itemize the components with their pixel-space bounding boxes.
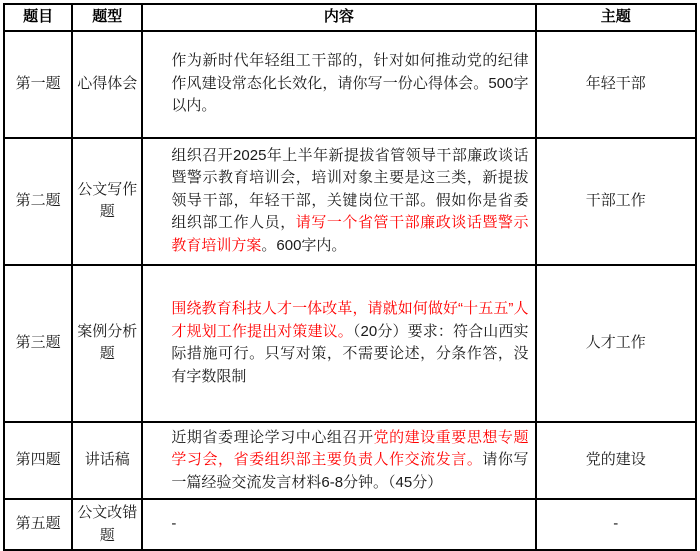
- header-row: 题目 题型 内容 主题: [4, 4, 696, 31]
- table-row: 第三题 案例分析题 围绕教育科技人才一体改革，请就如何做好“十五五”人才规划工作…: [4, 265, 696, 422]
- exam-questions-table: 题目 题型 内容 主题 第一题 心得体会 作为新时代年轻组工干部的，针对如何推动…: [3, 3, 697, 551]
- question-number-cell: 第三题: [4, 265, 72, 422]
- question-content-cell: -: [142, 499, 535, 550]
- col-header-question-number: 题目: [4, 4, 72, 31]
- question-content-cell: 近期省委理论学习中心组召开党的建设重要思想专题学习会，省委组织部主要负责人作交流…: [142, 422, 535, 500]
- question-type-cell: 案例分析题: [72, 265, 142, 422]
- question-type-cell: 讲话稿: [72, 422, 142, 500]
- question-theme-cell: -: [536, 499, 697, 550]
- question-type-cell: 公文写作题: [72, 138, 142, 265]
- col-header-theme: 主题: [536, 4, 697, 31]
- table-row: 第四题 讲话稿 近期省委理论学习中心组召开党的建设重要思想专题学习会，省委组织部…: [4, 422, 696, 500]
- question-type-cell: 公文改错题: [72, 499, 142, 550]
- question-content-cell: 作为新时代年轻组工干部的，针对如何推动党的纪律作风建设常态化长效化，请你写一份心…: [142, 31, 535, 138]
- question-number-cell: 第一题: [4, 31, 72, 138]
- question-number-cell: 第四题: [4, 422, 72, 500]
- table-row: 第二题 公文写作题 组织召开2025年上半年新提拔省管领导干部廉政谈话暨警示教育…: [4, 138, 696, 265]
- question-type-cell: 心得体会: [72, 31, 142, 138]
- question-theme-cell: 干部工作: [536, 138, 697, 265]
- col-header-content: 内容: [142, 4, 535, 31]
- document-page: 题目 题型 内容 主题 第一题 心得体会 作为新时代年轻组工干部的，针对如何推动…: [0, 0, 700, 549]
- question-number-cell: 第五题: [4, 499, 72, 550]
- question-content-cell: 组织召开2025年上半年新提拔省管领导干部廉政谈话暨警示教育培训会，培训对象主要…: [142, 138, 535, 265]
- question-content-cell: 围绕教育科技人才一体改革，请就如何做好“十五五”人才规划工作提出对策建议。（20…: [142, 265, 535, 422]
- question-theme-cell: 年轻干部: [536, 31, 697, 138]
- question-theme-cell: 人才工作: [536, 265, 697, 422]
- table-row: 第一题 心得体会 作为新时代年轻组工干部的，针对如何推动党的纪律作风建设常态化长…: [4, 31, 696, 138]
- table-row: 第五题 公文改错题 - -: [4, 499, 696, 550]
- question-number-cell: 第二题: [4, 138, 72, 265]
- question-theme-cell: 党的建设: [536, 422, 697, 500]
- col-header-question-type: 题型: [72, 4, 142, 31]
